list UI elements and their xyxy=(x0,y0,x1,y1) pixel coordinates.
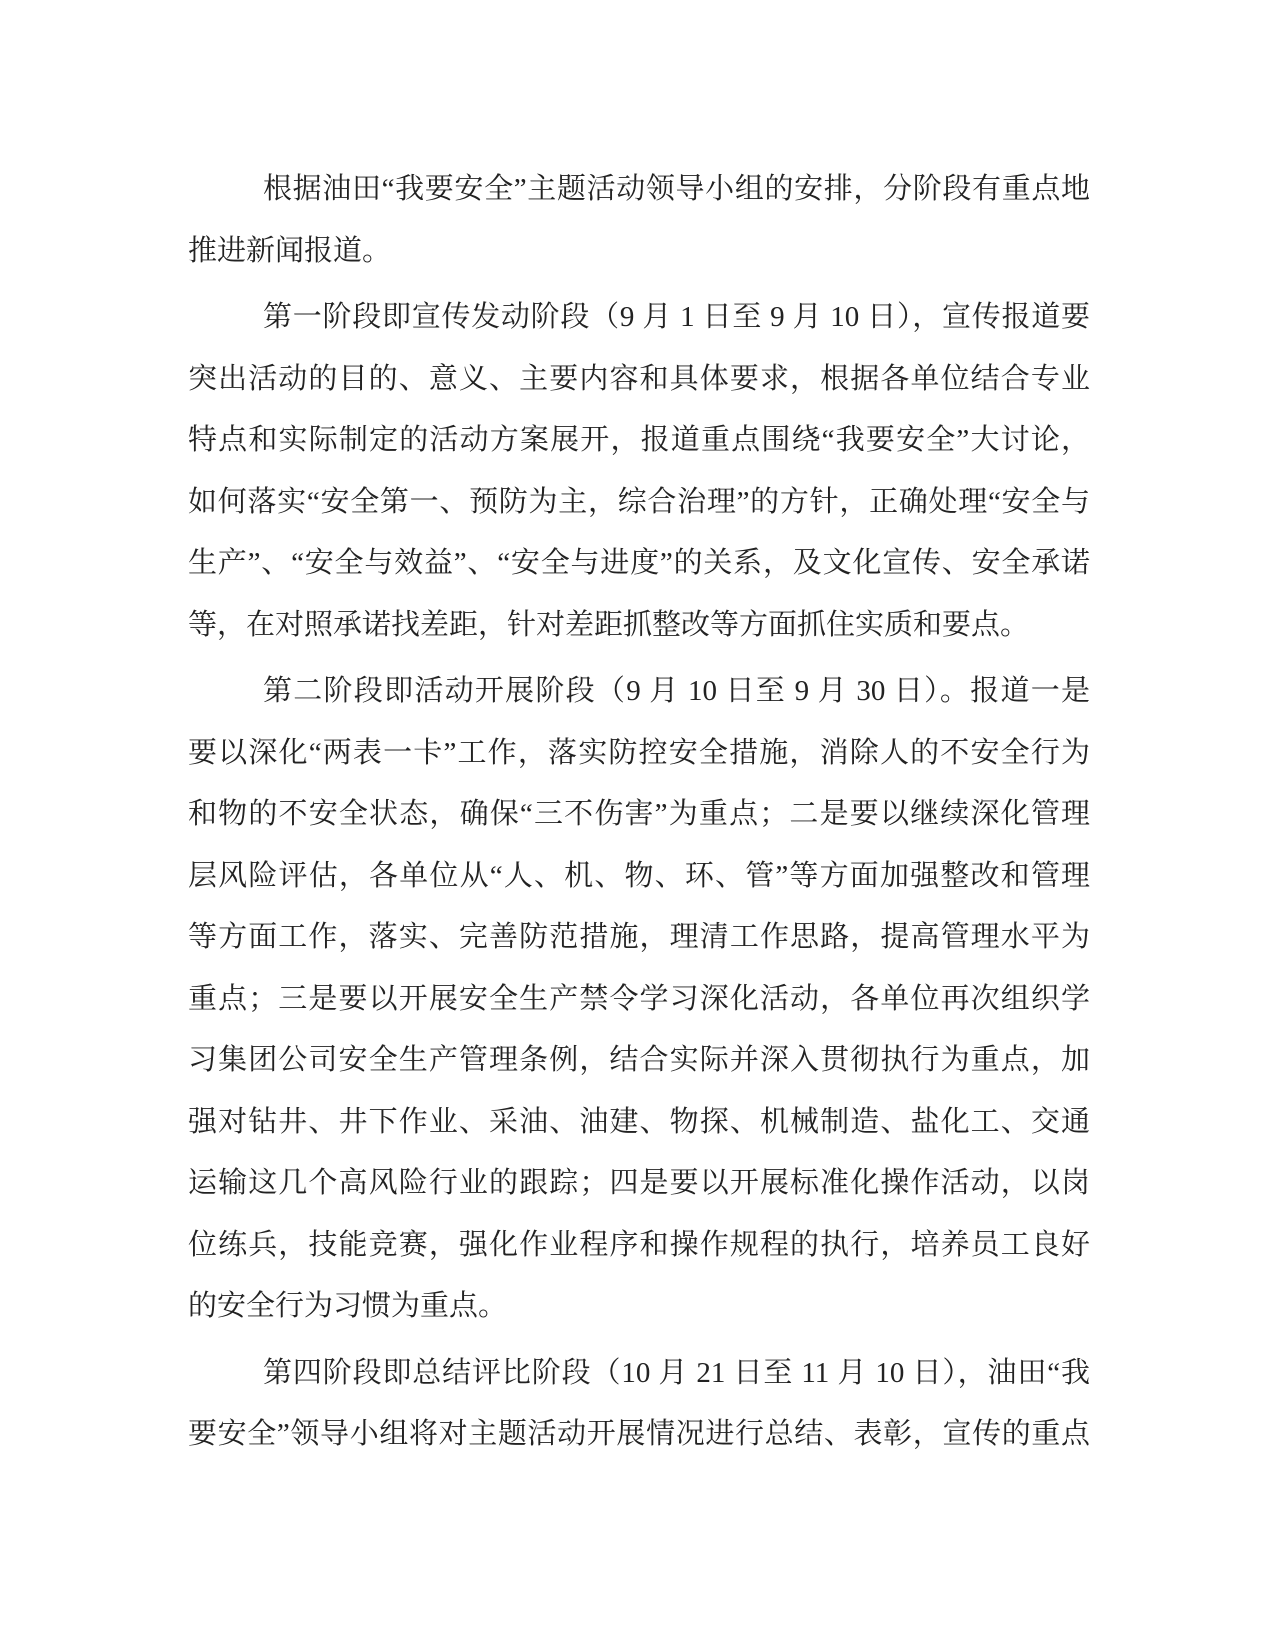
text-line: 推进新闻报道。 xyxy=(188,221,1090,283)
text-line: 等，在对照承诺找差距，针对差距抓整改等方面抓住实质和要点。 xyxy=(188,595,1090,657)
text-line: 特点和实际制定的活动方案展开，报道重点围绕“我要安全”大讨论， xyxy=(188,410,1090,472)
text-line: 如何落实“安全第一、预防为主，综合治理”的方针，正确处理“安全与 xyxy=(188,472,1090,534)
text-line: 强对钻井、井下作业、采油、油建、物探、机械制造、盐化工、交通 xyxy=(188,1092,1090,1154)
text-line: 的安全行为习惯为重点。 xyxy=(188,1276,1090,1338)
text-line: 要以深化“两表一卡”工作，落实防控安全措施，消除人的不安全行为 xyxy=(188,723,1090,785)
text-line: 根据油田“我要安全”主题活动领导小组的安排，分阶段有重点地 xyxy=(188,159,1090,221)
text-line: 生产”、“安全与效益”、“安全与进度”的关系，及文化宣传、安全承诺 xyxy=(188,533,1090,595)
document-page: 根据油田“我要安全”主题活动领导小组的安排，分阶段有重点地推进新闻报道。第一阶段… xyxy=(0,0,1275,1650)
text-line: 要安全”领导小组将对主题活动开展情况进行总结、表彰，宣传的重点 xyxy=(188,1404,1090,1466)
text-line: 重点；三是要以开展安全生产禁令学习深化活动，各单位再次组织学 xyxy=(188,969,1090,1031)
document-body: 根据油田“我要安全”主题活动领导小组的安排，分阶段有重点地推进新闻报道。第一阶段… xyxy=(188,159,1090,1466)
text-line: 等方面工作，落实、完善防范措施，理清工作思路，提高管理水平为 xyxy=(188,907,1090,969)
text-line: 习集团公司安全生产管理条例，结合实际并深入贯彻执行为重点，加 xyxy=(188,1030,1090,1092)
text-line: 突出活动的目的、意义、主要内容和具体要求，根据各单位结合专业 xyxy=(188,349,1090,411)
text-line: 位练兵，技能竞赛，强化作业程序和操作规程的执行，培养员工良好 xyxy=(188,1215,1090,1277)
text-line: 第二阶段即活动开展阶段（9 月 10 日至 9 月 30 日）。报道一是 xyxy=(188,661,1090,723)
text-line: 和物的不安全状态，确保“三不伤害”为重点；二是要以继续深化管理 xyxy=(188,784,1090,846)
text-line: 运输这几个高风险行业的跟踪；四是要以开展标准化操作活动，以岗 xyxy=(188,1153,1090,1215)
text-line: 第四阶段即总结评比阶段（10 月 21 日至 11 月 10 日），油田“我 xyxy=(188,1343,1090,1405)
text-line: 层风险评估，各单位从“人、机、物、环、管”等方面加强整改和管理 xyxy=(188,846,1090,908)
text-line: 第一阶段即宣传发动阶段（9 月 1 日至 9 月 10 日），宣传报道要 xyxy=(188,287,1090,349)
